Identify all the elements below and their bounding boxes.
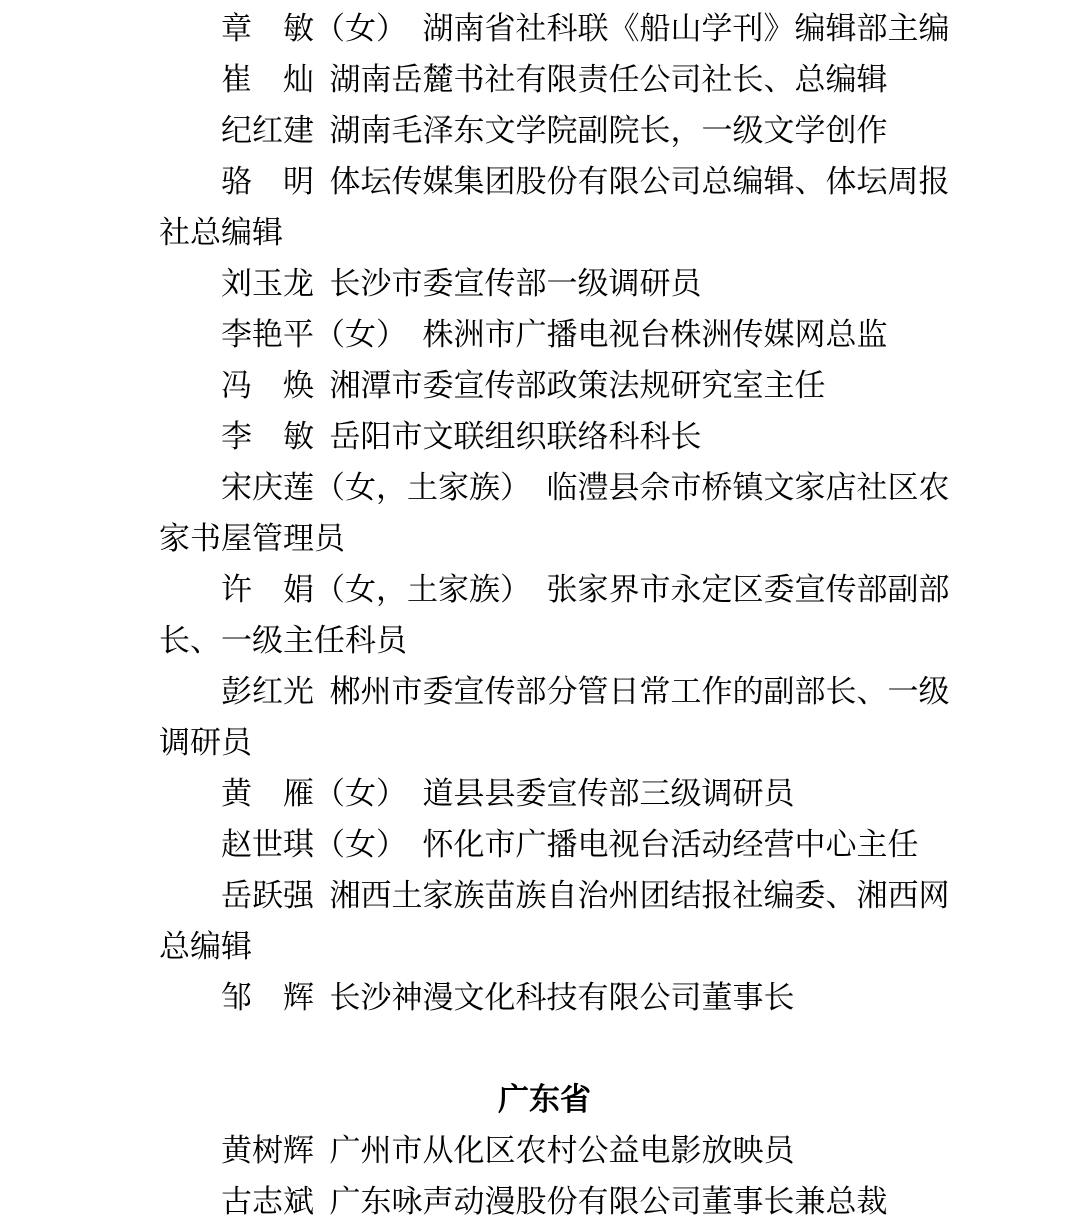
award-entry: 古志斌 广东咏声动漫股份有限公司董事长兼总裁 (159, 1176, 930, 1227)
entry-line: 邹 辉 长沙神漫文化科技有限公司董事长 (159, 972, 930, 1023)
province-section: 章 敏（女） 湖南省社科联《船山学刊》编辑部主编崔 灿 湖南岳麓书社有限责任公司… (159, 3, 930, 1023)
entry-line: 许 娟（女，土家族） 张家界市永定区委宣传部副部 (159, 564, 930, 615)
entry-line: 黄树辉 广州市从化区农村公益电影放映员 (159, 1125, 930, 1176)
entry-line: 骆 明 体坛传媒集团股份有限公司总编辑、体坛周报 (159, 156, 930, 207)
entry-line: 李 敏 岳阳市文联组织联络科科长 (159, 411, 930, 462)
award-entry: 黄树辉 广州市从化区农村公益电影放映员 (159, 1125, 930, 1176)
award-entry: 刘玉龙 长沙市委宣传部一级调研员 (159, 258, 930, 309)
award-entry: 李 敏 岳阳市文联组织联络科科长 (159, 411, 930, 462)
province-section: 广东省黄树辉 广州市从化区农村公益电影放映员古志斌 广东咏声动漫股份有限公司董事… (159, 1074, 930, 1227)
document-page: 章 敏（女） 湖南省社科联《船山学刊》编辑部主编崔 灿 湖南岳麓书社有限责任公司… (0, 0, 1080, 1227)
award-entry: 彭红光 郴州市委宣传部分管日常工作的副部长、一级调研员 (159, 666, 930, 768)
entry-line: 黄 雁（女） 道县县委宣传部三级调研员 (159, 768, 930, 819)
award-entry: 邹 辉 长沙神漫文化科技有限公司董事长 (159, 972, 930, 1023)
recipient-list: 章 敏（女） 湖南省社科联《船山学刊》编辑部主编崔 灿 湖南岳麓书社有限责任公司… (159, 3, 930, 1227)
award-entry: 章 敏（女） 湖南省社科联《船山学刊》编辑部主编 (159, 3, 930, 54)
award-entry: 骆 明 体坛传媒集团股份有限公司总编辑、体坛周报社总编辑 (159, 156, 930, 258)
entry-line: 古志斌 广东咏声动漫股份有限公司董事长兼总裁 (159, 1176, 930, 1227)
entry-line: 调研员 (159, 717, 930, 768)
entry-line: 章 敏（女） 湖南省社科联《船山学刊》编辑部主编 (159, 3, 930, 54)
entry-line: 赵世琪（女） 怀化市广播电视台活动经营中心主任 (159, 819, 930, 870)
award-entry: 宋庆莲（女，土家族） 临澧县佘市桥镇文家店社区农家书屋管理员 (159, 462, 930, 564)
entry-line: 家书屋管理员 (159, 513, 930, 564)
entry-line: 宋庆莲（女，土家族） 临澧县佘市桥镇文家店社区农 (159, 462, 930, 513)
entry-line: 纪红建 湖南毛泽东文学院副院长，一级文学创作 (159, 105, 930, 156)
award-entry: 崔 灿 湖南岳麓书社有限责任公司社长、总编辑 (159, 54, 930, 105)
entry-line: 崔 灿 湖南岳麓书社有限责任公司社长、总编辑 (159, 54, 930, 105)
entry-line: 长、一级主任科员 (159, 615, 930, 666)
entry-line: 冯 焕 湘潭市委宣传部政策法规研究室主任 (159, 360, 930, 411)
award-entry: 赵世琪（女） 怀化市广播电视台活动经营中心主任 (159, 819, 930, 870)
entry-line: 社总编辑 (159, 207, 930, 258)
award-entry: 许 娟（女，土家族） 张家界市永定区委宣传部副部长、一级主任科员 (159, 564, 930, 666)
entry-line: 李艳平（女） 株洲市广播电视台株洲传媒网总监 (159, 309, 930, 360)
entry-line: 总编辑 (159, 921, 930, 972)
entry-line: 彭红光 郴州市委宣传部分管日常工作的副部长、一级 (159, 666, 930, 717)
award-entry: 李艳平（女） 株洲市广播电视台株洲传媒网总监 (159, 309, 930, 360)
award-entry: 黄 雁（女） 道县县委宣传部三级调研员 (159, 768, 930, 819)
award-entry: 岳跃强 湘西土家族苗族自治州团结报社编委、湘西网总编辑 (159, 870, 930, 972)
entry-line: 刘玉龙 长沙市委宣传部一级调研员 (159, 258, 930, 309)
award-entry: 纪红建 湖南毛泽东文学院副院长，一级文学创作 (159, 105, 930, 156)
province-header: 广东省 (159, 1074, 930, 1125)
award-entry: 冯 焕 湘潭市委宣传部政策法规研究室主任 (159, 360, 930, 411)
entry-line: 岳跃强 湘西土家族苗族自治州团结报社编委、湘西网 (159, 870, 930, 921)
